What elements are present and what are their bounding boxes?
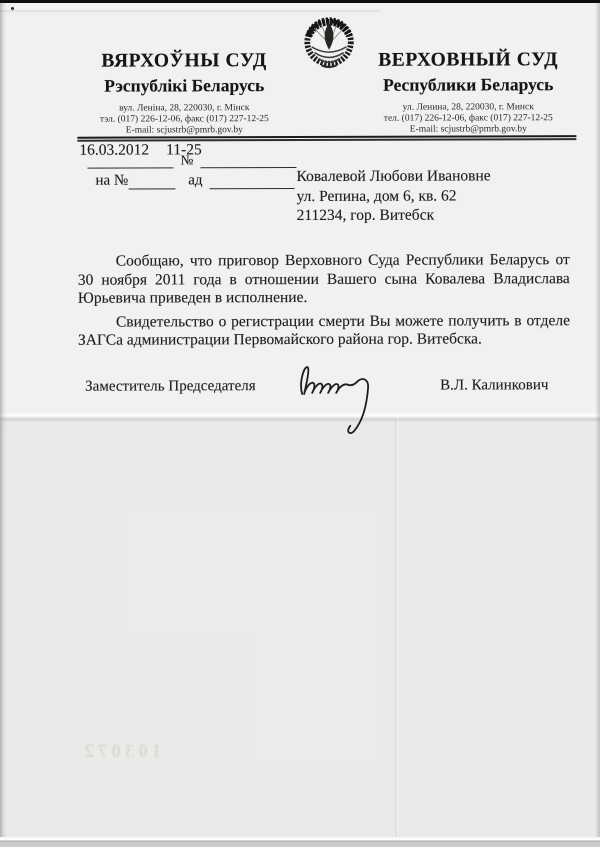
- blank-field-line: [200, 152, 296, 168]
- address-line-russian: ул. Ленина, 28, 220030, г. Минск: [343, 102, 593, 114]
- address-line-belarusian: вул. Леніна, 28, 220030, г. Мінск: [59, 103, 309, 115]
- court-title-russian: ВЕРХОВНЫЙ СУД: [343, 49, 593, 72]
- handwritten-signature-icon: [291, 363, 383, 443]
- recipient-street: ул. Репина, дом 6, кв. 62: [297, 186, 491, 206]
- contact-block-belarusian: вул. Леніна, 28, 220030, г. Мінск тэл. (…: [59, 103, 309, 137]
- body-paragraph-2: Свидетельство о регистрации смерти Вы мо…: [78, 312, 570, 351]
- phone-line-belarusian: тэл. (017) 226-12-06, факс (017) 227-12-…: [59, 114, 309, 126]
- reply-reference-line: на № ад: [95, 171, 294, 190]
- scan-edge-left: [0, 3, 7, 837]
- court-title-belarusian: ВЯРХОЎНЫ СУД: [59, 50, 309, 73]
- blank-field-line: [87, 152, 173, 168]
- reply-from-label: ад: [188, 172, 202, 189]
- outgoing-number-line: №: [87, 151, 296, 169]
- contact-block-russian: ул. Ленина, 28, 220030, г. Минск тел. (0…: [343, 102, 593, 136]
- scan-edge-top: [0, 0, 600, 3]
- signer-position: Заместитель Председателя: [85, 378, 256, 396]
- letter-content: ВЯРХОЎНЫ СУД Рэспублікі Беларусь вул. Ле…: [0, 0, 600, 847]
- letter-body: Сообщаю, что приговор Верховного Суда Ре…: [78, 251, 570, 351]
- blank-field-line: [210, 173, 295, 189]
- scan-edge-right: [595, 3, 600, 837]
- scan-edge-bottom: [0, 837, 600, 847]
- letterhead-russian: ВЕРХОВНЫЙ СУД Республики Беларусь ул. Ле…: [343, 49, 593, 136]
- reply-number-label: на №: [95, 173, 128, 190]
- recipient-block: Ковалевой Любови Ивановне ул. Репина, до…: [296, 166, 490, 225]
- body-paragraph-1: Сообщаю, что приговор Верховного Суда Ре…: [78, 251, 570, 308]
- recipient-city: 211234, гор. Витебск: [297, 205, 491, 225]
- email-line-russian: E-mail: scjustrb@pmrb.gov.by: [343, 124, 593, 136]
- court-subtitle-belarusian: Рэспублікі Беларусь: [59, 75, 309, 97]
- signer-name: В.Л. Калинкович: [440, 377, 548, 394]
- scan-speck: [11, 7, 14, 10]
- scanned-letter-page: 103072 ВЯРХОЎНЫ СУД Рэспублікі Беларусь …: [0, 0, 600, 847]
- recipient-name: Ковалевой Любови Ивановне: [296, 166, 490, 186]
- court-subtitle-russian: Республики Беларусь: [343, 74, 593, 96]
- blank-field-line: [128, 173, 175, 189]
- number-label: №: [180, 152, 193, 168]
- phone-line-russian: тел. (017) 226-12-06, факс (017) 227-12-…: [343, 113, 593, 125]
- letterhead-belarusian: ВЯРХОЎНЫ СУД Рэспублікі Беларусь вул. Ле…: [59, 50, 309, 137]
- email-line-belarusian: E-mail: scjustrb@pmrb.gov.by: [59, 125, 309, 137]
